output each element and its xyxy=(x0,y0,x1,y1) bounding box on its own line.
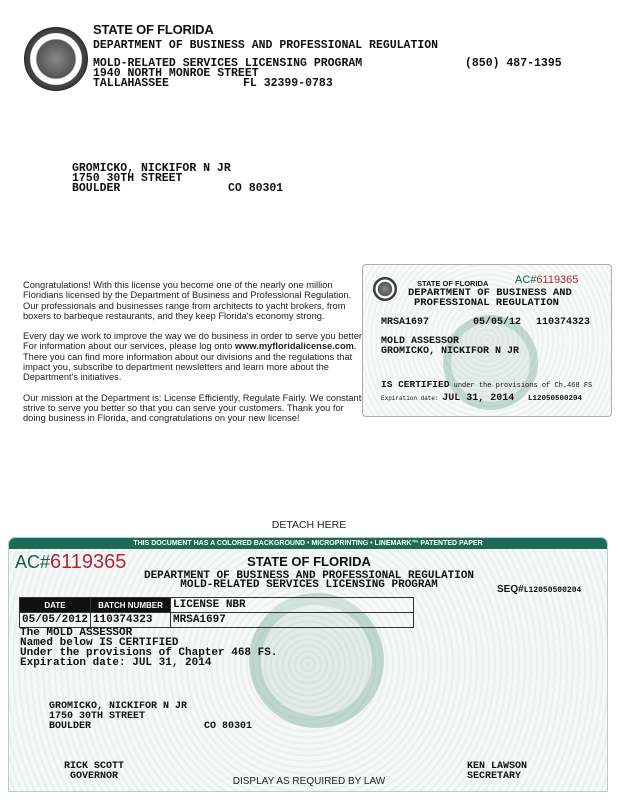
header-city: TALLAHASSEE xyxy=(93,78,169,89)
wallet-license-card: STATE OF FLORIDA AC#6119365 DEPARTMENT O… xyxy=(362,264,612,417)
cert-seq: SEQ#L12050500204 xyxy=(497,584,581,595)
header-state: STATE OF FLORIDA xyxy=(93,22,214,37)
wallet-ac-number: 6119365 xyxy=(536,274,578,286)
letter-paragraph-1: Congratulations! With this license you b… xyxy=(23,280,368,321)
wallet-name: GROMICKO, NICKIFOR N JR xyxy=(381,347,519,357)
header-state-zip: FL 32399-0783 xyxy=(243,78,333,89)
license-certificate: THIS DOCUMENT HAS A COLORED BACKGROUND •… xyxy=(8,537,608,792)
header-department: DEPARTMENT OF BUSINESS AND PROFESSIONAL … xyxy=(93,40,438,51)
cert-state: STATE OF FLORIDA xyxy=(9,554,608,569)
security-banner: THIS DOCUMENT HAS A COLORED BACKGROUND •… xyxy=(9,538,607,549)
letter-paragraph-3: Our mission at the Department is: Licens… xyxy=(23,393,368,424)
wallet-seq: L12050500204 xyxy=(528,395,582,403)
wallet-dept-line2: PROFESSIONAL REGULATION xyxy=(414,298,559,308)
website-link[interactable]: www.myfloridalicense.com xyxy=(235,341,354,351)
wallet-license: MRSA1697 xyxy=(381,317,429,328)
wallet-expiration: Expiration date: JUL 31, 2014 xyxy=(381,393,514,404)
florida-state-seal-icon xyxy=(373,277,397,301)
recipient-city: BOULDER xyxy=(72,183,120,194)
cell-batch: 110374323 xyxy=(91,613,171,628)
col-header-batch: BATCH NUMBER xyxy=(91,598,171,613)
holder-city: BOULDER xyxy=(49,722,91,732)
recipient-state-zip: CO 80301 xyxy=(228,183,283,194)
license-details-table: DATE BATCH NUMBER LICENSE NBR 05/05/2012… xyxy=(19,597,414,628)
wallet-ac: AC#6119365 xyxy=(515,274,578,286)
header-phone: (850) 487-1395 xyxy=(465,58,562,69)
letter-body: Congratulations! With this license you b… xyxy=(23,280,368,434)
cell-date: 05/05/2012 xyxy=(20,613,91,628)
wallet-date: 05/05/12 xyxy=(473,317,521,328)
holder-state-zip: CO 80301 xyxy=(204,722,252,732)
letter-paragraph-2: Every day we work to improve the way we … xyxy=(23,331,368,382)
cert-line-4: Expiration date: JUL 31, 2014 xyxy=(20,658,211,668)
wallet-certified-line: IS CERTIFIED under the provisions of Ch.… xyxy=(381,379,592,390)
detach-label: DETACH HERE xyxy=(0,519,618,531)
cert-footer: DISPLAY AS REQUIRED BY LAW xyxy=(9,776,608,787)
col-header-license: LICENSE NBR xyxy=(171,598,414,613)
florida-state-seal-icon xyxy=(24,27,88,91)
col-header-date: DATE xyxy=(20,598,91,613)
cell-license: MRSA1697 xyxy=(171,613,414,628)
wallet-batch: 110374323 xyxy=(536,317,590,328)
